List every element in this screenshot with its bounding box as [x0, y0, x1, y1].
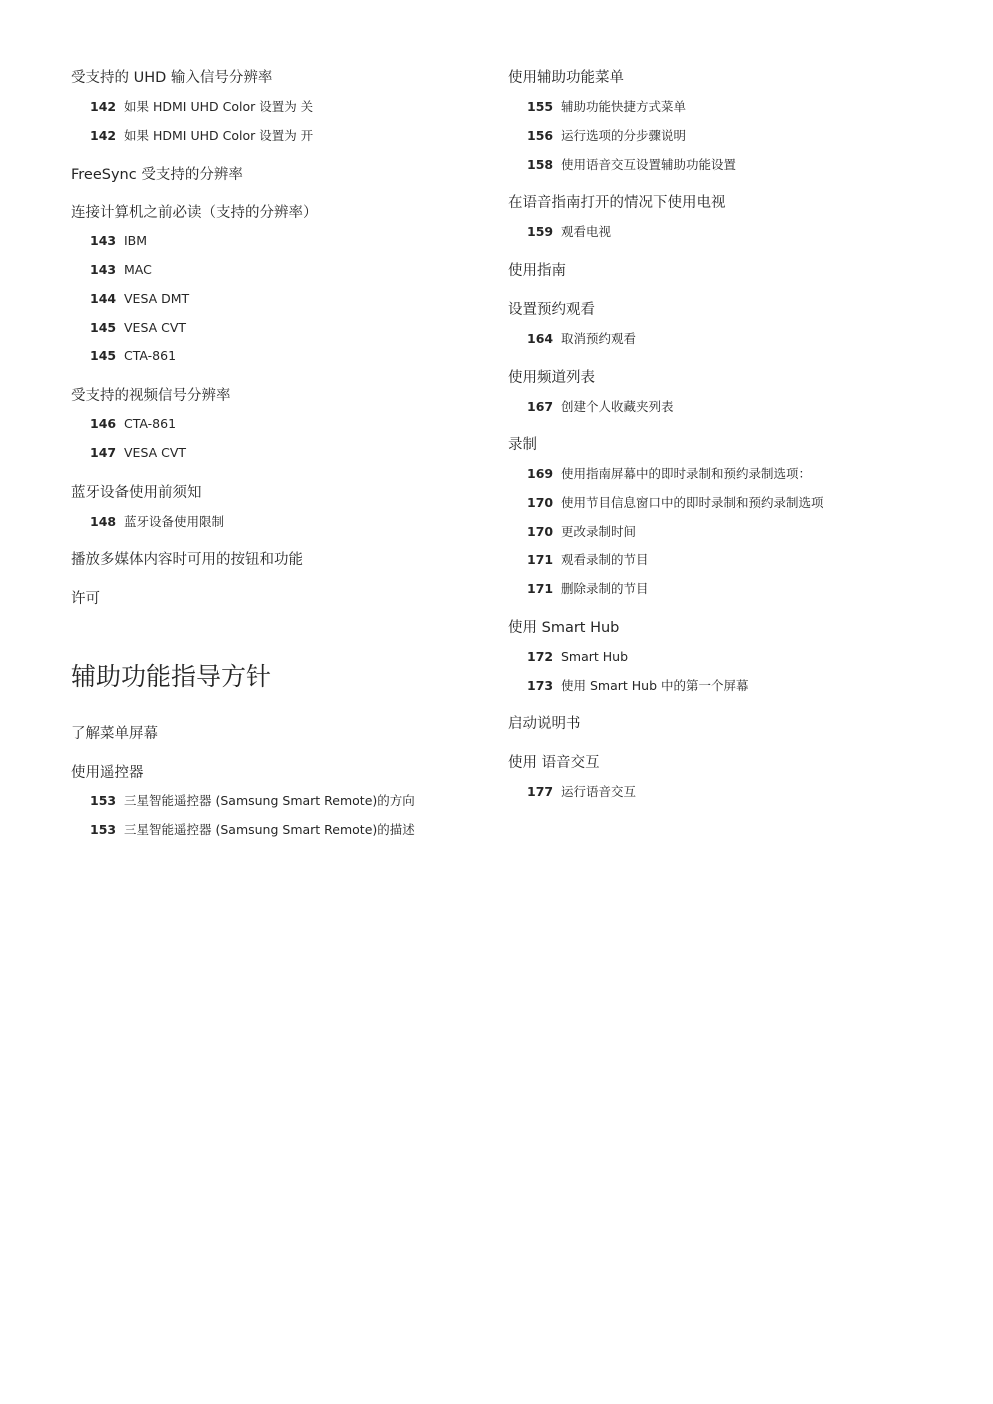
toc-entry[interactable]: 153三星智能遥控器 (Samsung Smart Remote)的方向 [90, 793, 415, 809]
toc-section-heading[interactable]: 许可 [71, 590, 100, 608]
toc-entry[interactable]: 146CTA-861 [90, 416, 176, 432]
page-number: 170 [527, 524, 561, 540]
toc-entry[interactable]: 164取消预约观看 [527, 331, 636, 347]
page-number: 156 [527, 128, 561, 144]
toc-section-heading[interactable]: 连接计算机之前必读（支持的分辨率） [71, 204, 318, 222]
page-number: 153 [90, 822, 124, 838]
toc-section-heading[interactable]: FreeSync 受支持的分辨率 [71, 166, 243, 184]
toc-entry-label: 如果 HDMI UHD Color 设置为 开 [124, 128, 313, 143]
toc-entry-label: 蓝牙设备使用限制 [124, 514, 224, 529]
toc-section-heading[interactable]: 使用频道列表 [508, 369, 595, 387]
chapter-title: 辅助功能指导方针 [71, 662, 271, 692]
toc-entry-label: VESA DMT [124, 291, 189, 306]
toc-entry-label: VESA CVT [124, 445, 186, 460]
toc-section-heading[interactable]: 受支持的 UHD 输入信号分辨率 [71, 69, 272, 87]
toc-entry[interactable]: 155辅助功能快捷方式菜单 [527, 99, 686, 115]
page-number: 169 [527, 466, 561, 482]
toc-entry[interactable]: 171观看录制的节目 [527, 552, 649, 568]
toc-entry[interactable]: 142如果 HDMI UHD Color 设置为 关 [90, 99, 313, 115]
toc-section-heading[interactable]: 使用辅助功能菜单 [508, 69, 624, 87]
page-number: 170 [527, 495, 561, 511]
toc-entry[interactable]: 144VESA DMT [90, 291, 189, 307]
page-number: 142 [90, 128, 124, 144]
toc-section-heading[interactable]: 了解菜单屏幕 [71, 725, 158, 743]
toc-entry-label: 观看电视 [561, 224, 611, 239]
toc-entry-label: Smart Hub [561, 649, 628, 664]
page-number: 146 [90, 416, 124, 432]
page-number: 143 [90, 262, 124, 278]
toc-entry-label: VESA CVT [124, 320, 186, 335]
page-number: 143 [90, 233, 124, 249]
toc-section-heading[interactable]: 播放多媒体内容时可用的按钮和功能 [71, 551, 303, 569]
page-number: 167 [527, 399, 561, 415]
toc-entry[interactable]: 167创建个人收藏夹列表 [527, 399, 674, 415]
toc-entry-label: IBM [124, 233, 147, 248]
toc-entry-label: MAC [124, 262, 152, 277]
toc-entry[interactable]: 147VESA CVT [90, 445, 186, 461]
page-number: 172 [527, 649, 561, 665]
toc-entry[interactable]: 142如果 HDMI UHD Color 设置为 开 [90, 128, 313, 144]
toc-entry[interactable]: 145CTA-861 [90, 348, 176, 364]
toc-entry-label: 删除录制的节目 [561, 581, 649, 596]
toc-entry[interactable]: 170使用节目信息窗口中的即时录制和预约录制选项 [527, 495, 824, 511]
toc-entry-label: 如果 HDMI UHD Color 设置为 关 [124, 99, 313, 114]
toc-section-heading[interactable]: 录制 [508, 436, 537, 454]
page-number: 153 [90, 793, 124, 809]
toc-entry-label: 创建个人收藏夹列表 [561, 399, 674, 414]
page-number: 164 [527, 331, 561, 347]
page-number: 173 [527, 678, 561, 694]
page-number: 145 [90, 348, 124, 364]
toc-entry-label: 三星智能遥控器 (Samsung Smart Remote)的描述 [124, 822, 415, 837]
page-number: 171 [527, 581, 561, 597]
toc-entry[interactable]: 145VESA CVT [90, 320, 186, 336]
toc-entry-label: 观看录制的节目 [561, 552, 649, 567]
toc-entry-label: 运行选项的分步骤说明 [561, 128, 686, 143]
page-number: 171 [527, 552, 561, 568]
toc-entry-label: 更改录制时间 [561, 524, 636, 539]
toc-entry[interactable]: 171删除录制的节目 [527, 581, 649, 597]
toc-entry-label: 运行语音交互 [561, 784, 636, 799]
page-number: 142 [90, 99, 124, 115]
toc-entry[interactable]: 143MAC [90, 262, 152, 278]
toc-entry[interactable]: 148蓝牙设备使用限制 [90, 514, 224, 530]
toc-section-heading[interactable]: 使用遥控器 [71, 764, 144, 782]
toc-section-heading[interactable]: 启动说明书 [508, 715, 581, 733]
page-number: 148 [90, 514, 124, 530]
toc-entry[interactable]: 177运行语音交互 [527, 784, 636, 800]
toc-section-heading[interactable]: 蓝牙设备使用前须知 [71, 484, 202, 502]
toc-entry[interactable]: 158使用语音交互设置辅助功能设置 [527, 157, 736, 173]
toc-section-heading[interactable]: 使用 Smart Hub [508, 619, 619, 637]
toc-section-heading[interactable]: 受支持的视频信号分辨率 [71, 387, 231, 405]
toc-entry[interactable]: 173使用 Smart Hub 中的第一个屏幕 [527, 678, 749, 694]
toc-entry-label: 取消预约观看 [561, 331, 636, 346]
toc-entry-label: 三星智能遥控器 (Samsung Smart Remote)的方向 [124, 793, 415, 808]
page-number: 155 [527, 99, 561, 115]
toc-entry-label: CTA-861 [124, 348, 176, 363]
page-number: 159 [527, 224, 561, 240]
toc-section-heading[interactable]: 设置预约观看 [508, 301, 595, 319]
page-number: 158 [527, 157, 561, 173]
page-number: 177 [527, 784, 561, 800]
toc-section-heading[interactable]: 在语音指南打开的情况下使用电视 [508, 194, 726, 212]
toc-entry-label: 使用指南屏幕中的即时录制和预约录制选项： [561, 466, 811, 481]
toc-entry[interactable]: 153三星智能遥控器 (Samsung Smart Remote)的描述 [90, 822, 415, 838]
toc-entry[interactable]: 159观看电视 [527, 224, 611, 240]
toc-entry-label: 使用 Smart Hub 中的第一个屏幕 [561, 678, 749, 693]
page-number: 147 [90, 445, 124, 461]
toc-entry[interactable]: 156运行选项的分步骤说明 [527, 128, 686, 144]
toc-entry-label: 使用节目信息窗口中的即时录制和预约录制选项 [561, 495, 824, 510]
toc-entry[interactable]: 169使用指南屏幕中的即时录制和预约录制选项： [527, 466, 811, 482]
toc-entry[interactable]: 172Smart Hub [527, 649, 628, 665]
toc-entry-label: 使用语音交互设置辅助功能设置 [561, 157, 736, 172]
toc-entry[interactable]: 170更改录制时间 [527, 524, 636, 540]
toc-entry-label: CTA-861 [124, 416, 176, 431]
page-number: 144 [90, 291, 124, 307]
toc-section-heading[interactable]: 使用 语音交互 [508, 754, 600, 772]
toc-entry[interactable]: 143IBM [90, 233, 147, 249]
page-number: 145 [90, 320, 124, 336]
toc-entry-label: 辅助功能快捷方式菜单 [561, 99, 686, 114]
toc-section-heading[interactable]: 使用指南 [508, 262, 566, 280]
